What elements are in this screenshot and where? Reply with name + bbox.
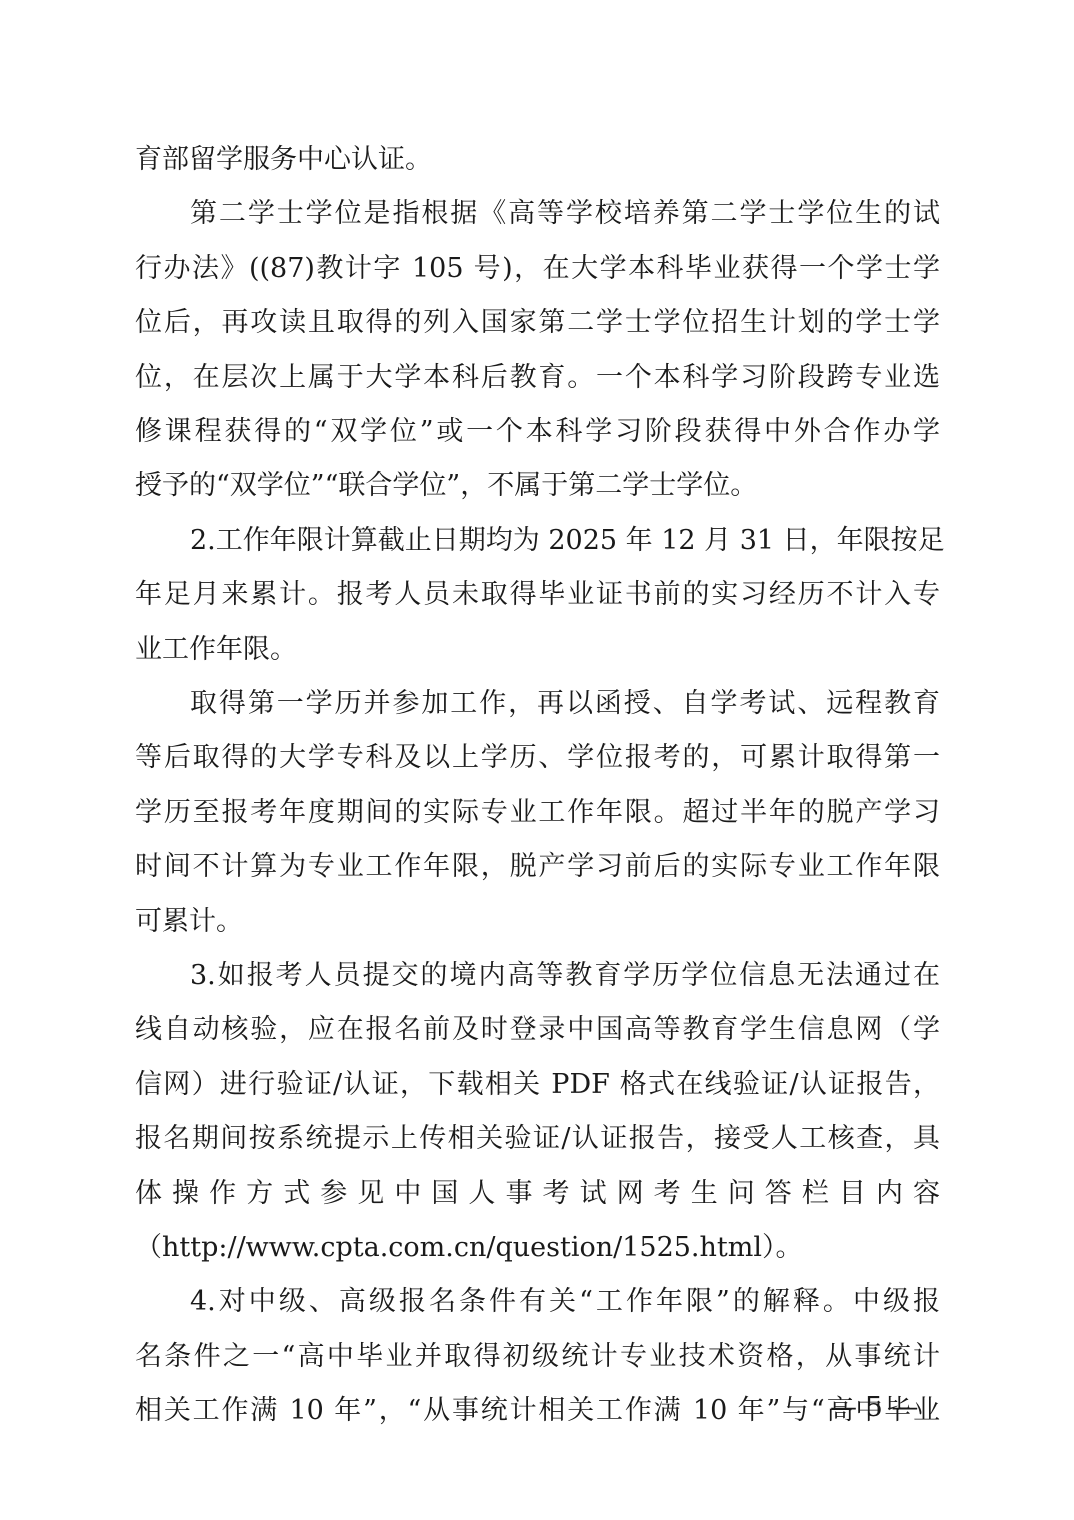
text-line: 育部留学服务中心认证。	[135, 140, 940, 180]
text-line: 学历至报考年度期间的实际专业工作年限。超过半年的脱产学习	[135, 793, 940, 833]
text-line: 信网）进行验证/认证，下载相关 PDF 格式在线验证/认证报告，	[135, 1065, 940, 1105]
text-line: 行办法》((87)教计字 105 号)，在大学本科毕业获得一个学士学	[135, 249, 940, 289]
text-line: 等后取得的大学专科及以上学历、学位报考的，可累计取得第一	[135, 738, 940, 778]
text-line: 授予的“双学位”“联合学位”，不属于第二学士学位。	[135, 466, 940, 506]
text-line: 时间不计算为专业工作年限，脱产学习前后的实际专业工作年限	[135, 847, 940, 887]
text-line: 可累计。	[135, 902, 940, 942]
text-line: 2.工作年限计算截止日期均为 2025 年 12 月 31 日，年限按足	[190, 521, 940, 561]
text-line: 业工作年限。	[135, 630, 940, 670]
text-line: 位，在层次上属于大学本科后教育。一个本科学习阶段跨专业选	[135, 358, 940, 398]
text-line: 相关工作满 10 年”，“从事统计相关工作满 10 年”与“高中毕业	[135, 1391, 940, 1431]
text-line: 体操作方式参见中国人事考试网考生问答栏目内容	[135, 1174, 940, 1214]
text-line: 报名期间按系统提示上传相关验证/认证报告，接受人工核查，具	[135, 1119, 940, 1159]
text-line: 3.如报考人员提交的境内高等教育学历学位信息无法通过在	[190, 956, 940, 996]
page-number: — 5 —	[830, 1388, 918, 1428]
text-line: 年足月来累计。报考人员未取得毕业证书前的实习经历不计入专	[135, 575, 940, 615]
text-line: 取得第一学历并参加工作，再以函授、自学考试、远程教育	[190, 684, 940, 724]
document-page: 育部留学服务中心认证。第二学士学位是指根据《高等学校培养第二学士学位生的试行办法…	[0, 0, 1074, 1520]
text-line: 修课程获得的“双学位”或一个本科学习阶段获得中外合作办学	[135, 412, 940, 452]
text-line: 名条件之一“高中毕业并取得初级统计专业技术资格，从事统计	[135, 1337, 940, 1377]
text-line: 4.对中级、高级报名条件有关“工作年限”的解释。中级报	[190, 1282, 940, 1322]
text-line: 位后，再攻读且取得的列入国家第二学士学位招生计划的学士学	[135, 303, 940, 343]
text-line: 线自动核验，应在报名前及时登录中国高等教育学生信息网（学	[135, 1010, 940, 1050]
text-line: 第二学士学位是指根据《高等学校培养第二学士学位生的试	[190, 194, 940, 234]
text-line: （http://www.cpta.com.cn/question/1525.ht…	[135, 1228, 940, 1268]
